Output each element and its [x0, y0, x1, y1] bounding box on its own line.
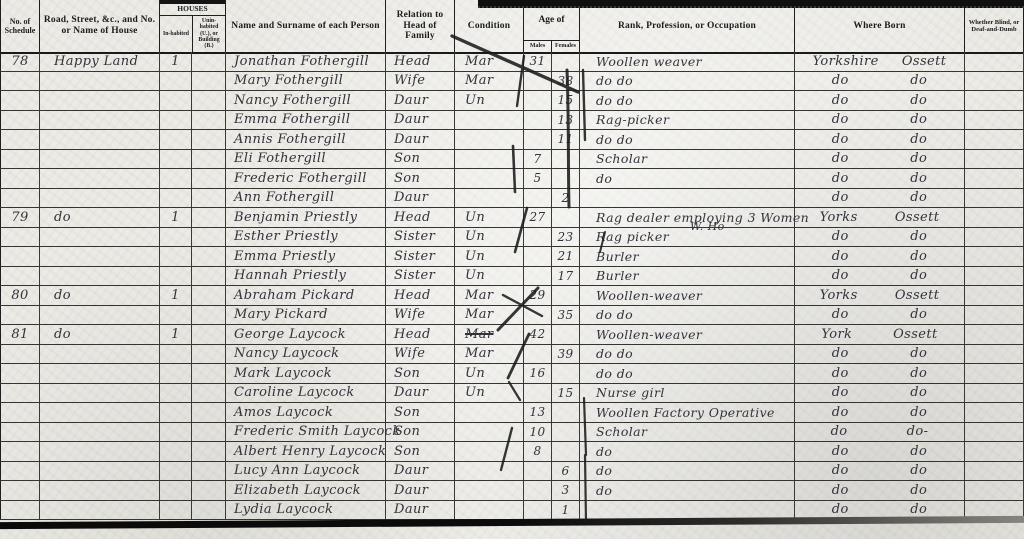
column-headers: No. of Schedule Road, Street, &c., and N… — [0, 0, 1024, 54]
cell-name: Jonathan Fothergill — [226, 52, 386, 71]
born-place: do — [910, 385, 927, 400]
cell-road — [40, 111, 160, 130]
cell-born: dodo — [795, 403, 965, 422]
occupation-annotation: W. Ho — [690, 220, 725, 233]
cell-infirmity — [965, 52, 1024, 71]
cell-occupation: do do — [580, 130, 795, 149]
table-row: Annis FothergillDaur11do dododo — [0, 130, 1024, 150]
cell-name: Emma Fothergill — [226, 111, 386, 130]
born-place: do — [910, 73, 927, 88]
cell-inh — [160, 189, 192, 208]
cell-name: Nancy Laycock — [226, 345, 386, 364]
cell-sched — [0, 130, 40, 149]
cell-road — [40, 364, 160, 383]
cell-occupation: Woollen weaver — [580, 52, 795, 71]
table-row: Frederic FothergillSon5dododo — [0, 169, 1024, 189]
cell-born: dodo — [795, 130, 965, 149]
cell-infirmity — [965, 91, 1024, 110]
cell-uninh — [192, 169, 226, 188]
cell-occupation: Burler — [580, 267, 795, 286]
cell-age_f: 39 — [552, 345, 580, 364]
cell-occupation: Rag dealer employing 3 Women — [580, 208, 795, 227]
cell-occupation: Nurse girl — [580, 384, 795, 403]
cell-infirmity — [965, 423, 1024, 442]
cell-condition: Un — [455, 91, 524, 110]
cell-age_f — [552, 364, 580, 383]
cell-occupation: Rag pickerW. Ho — [580, 228, 795, 247]
cell-condition: Mar — [455, 345, 524, 364]
occupation-text: Nurse girl — [596, 385, 665, 400]
born-county: do — [832, 229, 849, 244]
header-inhabited: In-habited — [160, 16, 193, 52]
cell-occupation: Woollen-weaver — [580, 286, 795, 305]
cell-sched — [0, 247, 40, 266]
cell-relation: Daur — [386, 481, 455, 500]
cell-born: dodo — [795, 111, 965, 130]
cell-born: dodo — [795, 72, 965, 91]
born-place: do — [910, 405, 927, 420]
cell-road — [40, 481, 160, 500]
cell-infirmity — [965, 442, 1024, 461]
cell-uninh — [192, 189, 226, 208]
cell-age_m — [524, 481, 552, 500]
cell-age_f — [552, 52, 580, 71]
cell-infirmity — [965, 247, 1024, 266]
cell-road: do — [40, 208, 160, 227]
cell-condition — [455, 462, 524, 481]
occupation-text: do — [596, 483, 612, 498]
cell-road — [40, 130, 160, 149]
occupation-text: do — [596, 444, 612, 459]
cell-name: George Laycock — [226, 325, 386, 344]
cell-condition: Un — [455, 247, 524, 266]
cell-age_m — [524, 130, 552, 149]
table-row: Mary FothergillWifeMar38do dododo — [0, 72, 1024, 92]
cell-condition: Un — [455, 384, 524, 403]
cell-relation: Son — [386, 403, 455, 422]
born-place: do — [910, 463, 927, 478]
cell-name: Benjamin Priestly — [226, 208, 386, 227]
cell-inh — [160, 364, 192, 383]
header-age-females: Females — [552, 41, 579, 52]
cell-road — [40, 150, 160, 169]
cell-road — [40, 403, 160, 422]
cell-road — [40, 267, 160, 286]
cell-infirmity — [965, 111, 1024, 130]
header-road: Road, Street, &c., and No. or Name of Ho… — [40, 0, 160, 52]
cell-relation: Son — [386, 364, 455, 383]
table-row: 79do1Benjamin PriestlyHeadUn27Rag dealer… — [0, 208, 1024, 228]
cell-occupation — [580, 501, 795, 520]
born-county: do — [832, 151, 849, 166]
cell-sched — [0, 189, 40, 208]
cell-inh — [160, 384, 192, 403]
cell-born: dodo- — [795, 423, 965, 442]
cell-uninh — [192, 501, 226, 520]
born-place: do — [910, 444, 927, 459]
header-houses-label: HOUSES — [160, 4, 225, 16]
table-row: Ann FothergillDaur2dodo — [0, 189, 1024, 209]
cell-uninh — [192, 52, 226, 71]
cell-sched — [0, 169, 40, 188]
cell-name: Elizabeth Laycock — [226, 481, 386, 500]
cell-sched: 80 — [0, 286, 40, 305]
cell-condition — [455, 169, 524, 188]
born-place: do — [910, 307, 927, 322]
cell-road — [40, 501, 160, 520]
cell-age_f — [552, 208, 580, 227]
table-row: 80do1Abraham PickardHeadMar29Woollen-wea… — [0, 286, 1024, 306]
cell-sched — [0, 364, 40, 383]
cell-age_m — [524, 267, 552, 286]
cell-sched — [0, 91, 40, 110]
cell-age_f — [552, 325, 580, 344]
cell-uninh — [192, 111, 226, 130]
born-place: do — [910, 229, 927, 244]
cell-sched — [0, 111, 40, 130]
cell-road — [40, 442, 160, 461]
cell-age_m — [524, 91, 552, 110]
cell-condition — [455, 403, 524, 422]
cell-sched — [0, 228, 40, 247]
cell-name: Lydia Laycock — [226, 501, 386, 520]
cell-road — [40, 423, 160, 442]
cell-age_f: 2 — [552, 189, 580, 208]
cell-condition — [455, 442, 524, 461]
cell-inh — [160, 267, 192, 286]
cell-road — [40, 228, 160, 247]
occupation-text: Scholar — [596, 151, 647, 166]
cell-inh — [160, 501, 192, 520]
born-county: do — [832, 112, 849, 127]
cell-age_m — [524, 247, 552, 266]
cell-inh — [160, 169, 192, 188]
cell-road — [40, 91, 160, 110]
cell-name: Eli Fothergill — [226, 150, 386, 169]
born-place: Ossett — [895, 210, 940, 225]
cell-age_f: 15 — [552, 384, 580, 403]
occupation-text: Woollen Factory Operative — [596, 405, 775, 420]
table-row: Albert Henry LaycockSon8dododo — [0, 442, 1024, 462]
cell-uninh — [192, 91, 226, 110]
cell-name: Caroline Laycock — [226, 384, 386, 403]
table-row: Amos LaycockSon13Woollen Factory Operati… — [0, 403, 1024, 423]
born-county: do — [832, 307, 849, 322]
cell-sched: 78 — [0, 52, 40, 71]
born-county: do — [832, 405, 849, 420]
cell-relation: Wife — [386, 72, 455, 91]
cell-condition: Un — [455, 364, 524, 383]
cell-occupation: Woollen Factory Operative — [580, 403, 795, 422]
cell-age_m — [524, 228, 552, 247]
cell-uninh — [192, 481, 226, 500]
cell-infirmity — [965, 130, 1024, 149]
cell-name: Abraham Pickard — [226, 286, 386, 305]
table-row: 81do1George LaycockHeadMar42Woollen-weav… — [0, 325, 1024, 345]
cell-road: Happy Land — [40, 52, 160, 71]
cell-age_f: 15 — [552, 91, 580, 110]
born-county: do — [831, 424, 848, 439]
census-rows: 78Happy Land1Jonathan FothergillHeadMar3… — [0, 52, 1024, 520]
cell-inh — [160, 306, 192, 325]
occupation-text: Rag-picker — [596, 112, 669, 127]
cell-relation: Wife — [386, 306, 455, 325]
header-houses: HOUSES In-habited Unin-habited (U.), or … — [160, 0, 226, 52]
cell-road — [40, 247, 160, 266]
cell-uninh — [192, 462, 226, 481]
born-county: do — [832, 249, 849, 264]
occupation-text: Rag picker — [596, 229, 669, 244]
cell-age_f: 35 — [552, 306, 580, 325]
cell-sched — [0, 384, 40, 403]
occupation-text: do do — [596, 307, 633, 322]
cell-name: Annis Fothergill — [226, 130, 386, 149]
cell-infirmity — [965, 150, 1024, 169]
occupation-text: do do — [596, 366, 633, 381]
cell-inh — [160, 111, 192, 130]
born-county: Yorks — [820, 210, 858, 225]
cell-uninh — [192, 384, 226, 403]
cell-inh — [160, 72, 192, 91]
cell-name: Mark Laycock — [226, 364, 386, 383]
cell-age_m — [524, 384, 552, 403]
born-county: do — [832, 502, 849, 517]
cell-uninh — [192, 345, 226, 364]
cell-uninh — [192, 72, 226, 91]
born-place: do — [910, 268, 927, 283]
cell-infirmity — [965, 208, 1024, 227]
born-place: do — [910, 190, 927, 205]
born-place: do — [910, 366, 927, 381]
cell-age_m: 10 — [524, 423, 552, 442]
born-place: do — [910, 483, 927, 498]
cell-name: Amos Laycock — [226, 403, 386, 422]
cell-uninh — [192, 325, 226, 344]
header-schedule: No. of Schedule — [0, 0, 40, 52]
cell-inh — [160, 228, 192, 247]
cell-born: dodo — [795, 364, 965, 383]
occupation-text: do do — [596, 73, 633, 88]
cell-sched — [0, 442, 40, 461]
cell-relation: Wife — [386, 345, 455, 364]
occupation-text: Woollen-weaver — [596, 327, 702, 342]
cell-infirmity — [965, 189, 1024, 208]
cell-condition: Un — [455, 208, 524, 227]
cell-relation: Daur — [386, 462, 455, 481]
table-row: Emma FothergillDaur13Rag-pickerdodo — [0, 111, 1024, 131]
born-place: do — [910, 151, 927, 166]
cell-relation: Daur — [386, 501, 455, 520]
cell-born: YorkOssett — [795, 325, 965, 344]
cell-born: dodo — [795, 91, 965, 110]
cell-infirmity — [965, 306, 1024, 325]
occupation-text: Scholar — [596, 424, 647, 439]
cell-condition: Mar — [455, 52, 524, 71]
born-place: do — [910, 249, 927, 264]
cell-relation: Son — [386, 150, 455, 169]
cell-relation: Sister — [386, 228, 455, 247]
born-county: do — [832, 463, 849, 478]
cell-condition: Mar — [455, 325, 524, 344]
born-county: York — [821, 327, 852, 342]
cell-infirmity — [965, 286, 1024, 305]
cell-inh — [160, 481, 192, 500]
cell-age_m — [524, 72, 552, 91]
born-county: do — [832, 385, 849, 400]
cell-occupation: do do — [580, 91, 795, 110]
cell-condition: Mar — [455, 286, 524, 305]
cell-sched — [0, 267, 40, 286]
cell-age_m: 7 — [524, 150, 552, 169]
cell-age_f — [552, 169, 580, 188]
cell-road — [40, 189, 160, 208]
born-county: Yorks — [820, 288, 858, 303]
cell-road — [40, 72, 160, 91]
born-place: do — [910, 502, 927, 517]
occupation-text: do — [596, 171, 612, 186]
cell-born: YorksOssett — [795, 208, 965, 227]
header-name: Name and Surname of each Person — [226, 0, 386, 52]
cell-born: dodo — [795, 481, 965, 500]
table-row: Eli FothergillSon7Scholardodo — [0, 150, 1024, 170]
cell-relation: Daur — [386, 111, 455, 130]
cell-occupation: Rag-picker — [580, 111, 795, 130]
cell-sched — [0, 403, 40, 422]
cell-age_f: 1 — [552, 501, 580, 520]
cell-age_m — [524, 189, 552, 208]
cell-occupation: do — [580, 169, 795, 188]
cell-road — [40, 345, 160, 364]
cell-age_f — [552, 423, 580, 442]
table-row: Lucy Ann LaycockDaur6dododo — [0, 462, 1024, 482]
cell-condition: Un — [455, 228, 524, 247]
born-county: do — [832, 171, 849, 186]
cell-inh — [160, 247, 192, 266]
cell-uninh — [192, 267, 226, 286]
cell-road — [40, 306, 160, 325]
cell-name: Frederic Smith Laycock — [226, 423, 386, 442]
cell-inh — [160, 130, 192, 149]
cell-occupation: do do — [580, 306, 795, 325]
torn-page-edge — [478, 0, 1024, 8]
occupation-text: do do — [596, 346, 633, 361]
occupation-text: Burler — [596, 268, 639, 283]
cell-relation: Daur — [386, 130, 455, 149]
cell-occupation: Burler — [580, 247, 795, 266]
born-place: Ossett — [893, 327, 938, 342]
born-county: do — [832, 190, 849, 205]
census-page: No. of Schedule Road, Street, &c., and N… — [0, 0, 1024, 539]
cell-condition — [455, 481, 524, 500]
occupation-text: Burler — [596, 249, 639, 264]
cell-relation: Son — [386, 423, 455, 442]
cell-age_f: 23 — [552, 228, 580, 247]
born-place: do- — [907, 424, 929, 439]
cell-name: Mary Fothergill — [226, 72, 386, 91]
table-row: Mark LaycockSonUn16do dododo — [0, 364, 1024, 384]
header-uninhabited: Unin-habited (U.), or Building (B.) — [193, 16, 225, 52]
table-row: Mary PickardWifeMar35do dododo — [0, 306, 1024, 326]
cell-uninh — [192, 364, 226, 383]
cell-name: Nancy Fothergill — [226, 91, 386, 110]
cell-sched — [0, 462, 40, 481]
born-place: do — [910, 346, 927, 361]
cell-occupation: do — [580, 442, 795, 461]
cell-born: dodo — [795, 462, 965, 481]
born-place: do — [910, 171, 927, 186]
cell-condition: Mar — [455, 72, 524, 91]
table-row: Caroline LaycockDaurUn15Nurse girldodo — [0, 384, 1024, 404]
table-row: Esther PriestlySisterUn23Rag pickerW. Ho… — [0, 228, 1024, 248]
cell-sched — [0, 150, 40, 169]
cell-born: dodo — [795, 442, 965, 461]
cell-condition — [455, 189, 524, 208]
cell-name: Mary Pickard — [226, 306, 386, 325]
cell-road: do — [40, 325, 160, 344]
born-county: do — [832, 93, 849, 108]
cell-born: dodo — [795, 169, 965, 188]
born-place: do — [910, 93, 927, 108]
cell-born: YorksOssett — [795, 286, 965, 305]
cell-uninh — [192, 306, 226, 325]
cell-age_m — [524, 345, 552, 364]
cell-relation: Daur — [386, 91, 455, 110]
cell-age_f — [552, 150, 580, 169]
born-place: Ossett — [902, 54, 947, 69]
table-row: Hannah PriestlySisterUn17Burlerdodo — [0, 267, 1024, 287]
table-row: Frederic Smith LaycockSon10Scholardodo- — [0, 423, 1024, 443]
cell-infirmity — [965, 384, 1024, 403]
born-county: do — [832, 268, 849, 283]
cell-born: dodo — [795, 384, 965, 403]
born-place: Ossett — [895, 288, 940, 303]
cell-age_m: 27 — [524, 208, 552, 227]
cell-condition: Un — [455, 267, 524, 286]
cell-born: dodo — [795, 189, 965, 208]
header-age-males: Males — [524, 41, 552, 52]
cell-inh — [160, 91, 192, 110]
table-row: 78Happy Land1Jonathan FothergillHeadMar3… — [0, 52, 1024, 72]
born-county: do — [832, 444, 849, 459]
cell-infirmity — [965, 364, 1024, 383]
occupation-text: Woollen weaver — [596, 54, 702, 69]
cell-born: dodo — [795, 306, 965, 325]
cell-age_f: 21 — [552, 247, 580, 266]
cell-age_m — [524, 462, 552, 481]
cell-occupation — [580, 189, 795, 208]
occupation-text: Woollen-weaver — [596, 288, 702, 303]
cell-uninh — [192, 442, 226, 461]
cell-uninh — [192, 403, 226, 422]
cell-occupation: Woollen-weaver — [580, 325, 795, 344]
table-row: Nancy FothergillDaurUn15do dododo — [0, 91, 1024, 111]
cell-age_m — [524, 501, 552, 520]
cell-name: Lucy Ann Laycock — [226, 462, 386, 481]
cell-name: Hannah Priestly — [226, 267, 386, 286]
cell-inh: 1 — [160, 208, 192, 227]
cell-infirmity — [965, 267, 1024, 286]
cell-infirmity — [965, 403, 1024, 422]
occupation-text: do do — [596, 132, 633, 147]
cell-age_f: 13 — [552, 111, 580, 130]
cell-age_m: 16 — [524, 364, 552, 383]
cell-infirmity — [965, 481, 1024, 500]
cell-born: dodo — [795, 228, 965, 247]
cell-sched: 79 — [0, 208, 40, 227]
cell-sched — [0, 481, 40, 500]
cell-age_m — [524, 306, 552, 325]
cell-relation: Head — [386, 208, 455, 227]
